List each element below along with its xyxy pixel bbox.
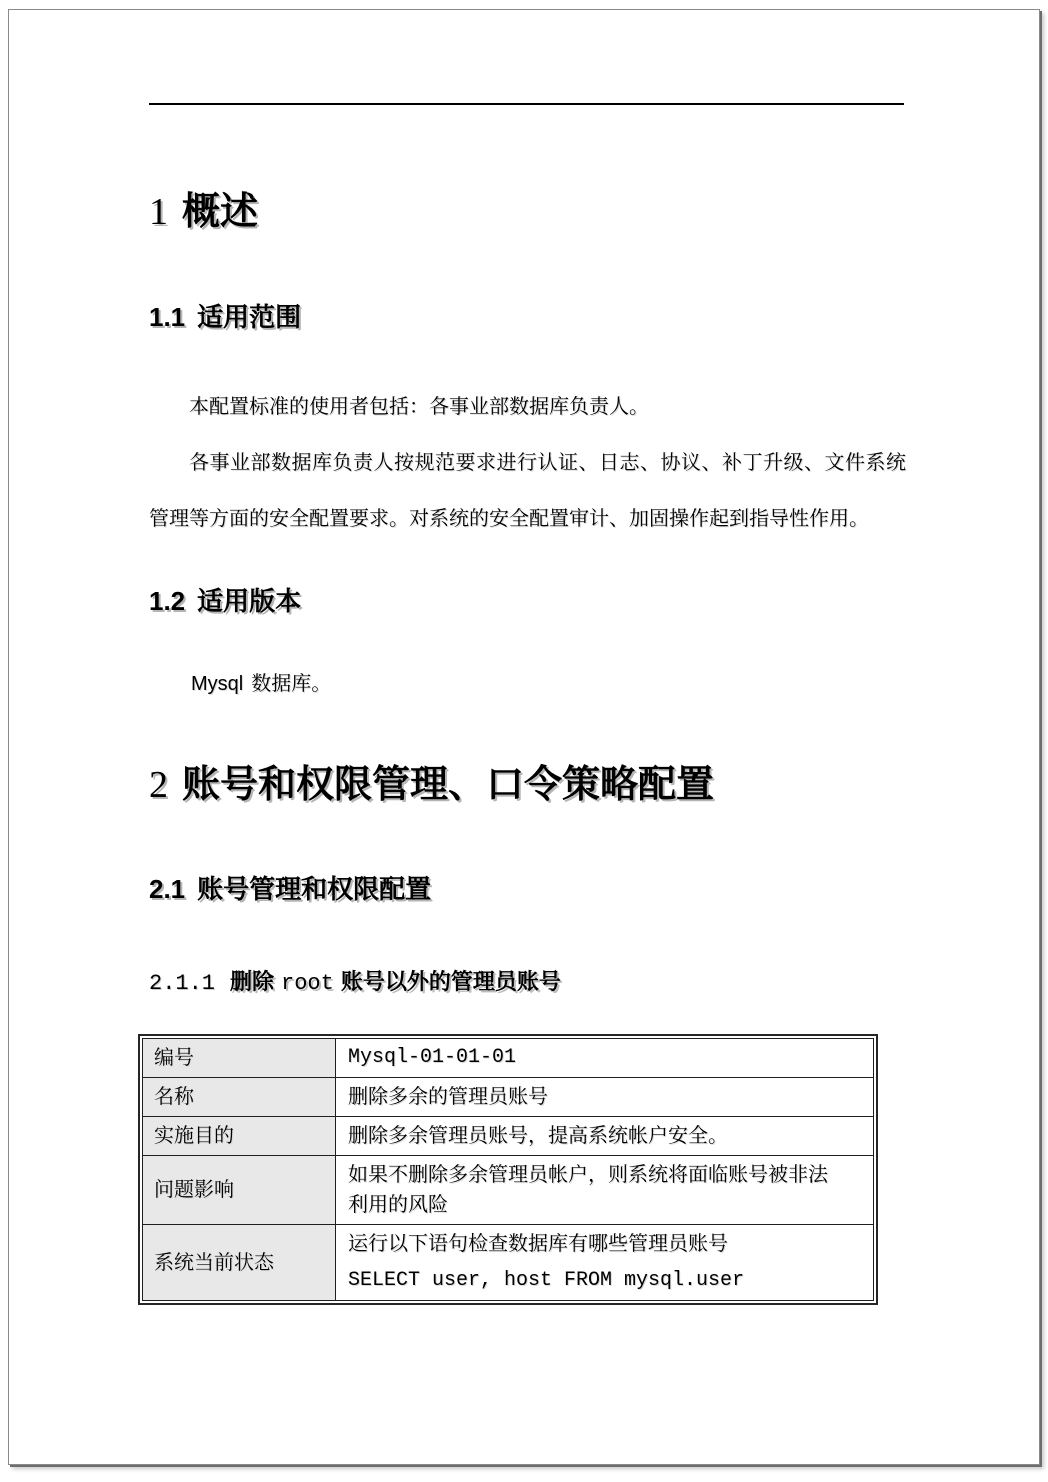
table-row-impact: 问题影响 如果不删除多余管理员帐户，则系统将面临账号被非法利用的风险 (143, 1156, 874, 1225)
table-row-id: 编号 Mysql-01-01-01 (143, 1039, 874, 1078)
row-label: 编号 (143, 1039, 336, 1078)
heading-1-2-version: 1.2适用版本 (149, 586, 301, 617)
heading-title: 适用版本 (197, 586, 301, 616)
row-value: 运行以下语句检查数据库有哪些管理员账号 SELECT user, host FR… (336, 1225, 874, 1301)
heading-title-post: 账号以外的管理员账号 (341, 969, 561, 994)
page-header-rule (149, 103, 904, 105)
heading-1-1-scope: 1.1适用范围 (149, 302, 301, 333)
heading-title: 账号管理和权限配置 (197, 874, 431, 904)
paragraph-scope-detail: 各事业部数据库负责人按规范要求进行认证、日志、协议、补丁升级、文件系统管理等方面… (149, 435, 906, 547)
row-value: 删除多余管理员账号，提高系统帐户安全。 (336, 1117, 874, 1156)
row-label: 问题影响 (143, 1156, 336, 1225)
row-label: 名称 (143, 1078, 336, 1117)
status-sql-statement: SELECT user, host FROM mysql.user (348, 1266, 847, 1296)
version-latin: Mysql (191, 673, 243, 695)
heading-title: 适用范围 (197, 302, 301, 332)
paragraph-version: Mysql数据库。 (149, 656, 906, 712)
row-value: 删除多余的管理员账号 (336, 1078, 874, 1117)
scope-paragraphs: 本配置标准的使用者包括：各事业部数据库负责人。 各事业部数据库负责人按规范要求进… (149, 379, 906, 547)
heading-number: 1 (149, 191, 168, 233)
root-code-inline: root (281, 971, 334, 996)
document-page: 1概述 1.1适用范围 本配置标准的使用者包括：各事业部数据库负责人。 各事业部… (8, 9, 1040, 1465)
version-cjk: 数据库。 (251, 673, 331, 695)
row-label: 系统当前状态 (143, 1225, 336, 1301)
table-row-current-status: 系统当前状态 运行以下语句检查数据库有哪些管理员账号 SELECT user, … (143, 1225, 874, 1301)
config-table-wrapper: 编号 Mysql-01-01-01 名称 删除多余的管理员账号 实施目的 删除多… (138, 1034, 878, 1305)
status-check-instruction: 运行以下语句检查数据库有哪些管理员账号 (348, 1229, 847, 1259)
heading-number: 1.2 (149, 586, 185, 616)
heading-number: 2.1 (149, 874, 185, 904)
heading-number: 2 (149, 764, 168, 806)
heading-2-1-account-mgmt: 2.1账号管理和权限配置 (149, 874, 431, 905)
document-canvas: { "page": { "sections": { "h1_overview":… (0, 0, 1048, 1482)
table-row-name: 名称 删除多余的管理员账号 (143, 1078, 874, 1117)
heading-title: 概述 (182, 191, 258, 233)
row-value: Mysql-01-01-01 (336, 1039, 874, 1078)
row-value: 如果不删除多余管理员帐户，则系统将面临账号被非法利用的风险 (336, 1156, 874, 1225)
paragraph-scope-users: 本配置标准的使用者包括：各事业部数据库负责人。 (149, 379, 906, 435)
heading-1-overview: 1概述 (149, 189, 258, 235)
heading-number: 2.1.1 (149, 971, 215, 996)
row-label: 实施目的 (143, 1117, 336, 1156)
heading-title-pre: 删除 (230, 969, 274, 994)
heading-2-1-1-delete-root: 2.1.1删除root账号以外的管理员账号 (149, 969, 561, 997)
heading-2-account: 2账号和权限管理、口令策略配置 (149, 762, 714, 808)
heading-title: 账号和权限管理、口令策略配置 (182, 764, 714, 806)
config-table: 编号 Mysql-01-01-01 名称 删除多余的管理员账号 实施目的 删除多… (142, 1038, 874, 1301)
table-row-purpose: 实施目的 删除多余管理员账号，提高系统帐户安全。 (143, 1117, 874, 1156)
heading-number: 1.1 (149, 302, 185, 332)
